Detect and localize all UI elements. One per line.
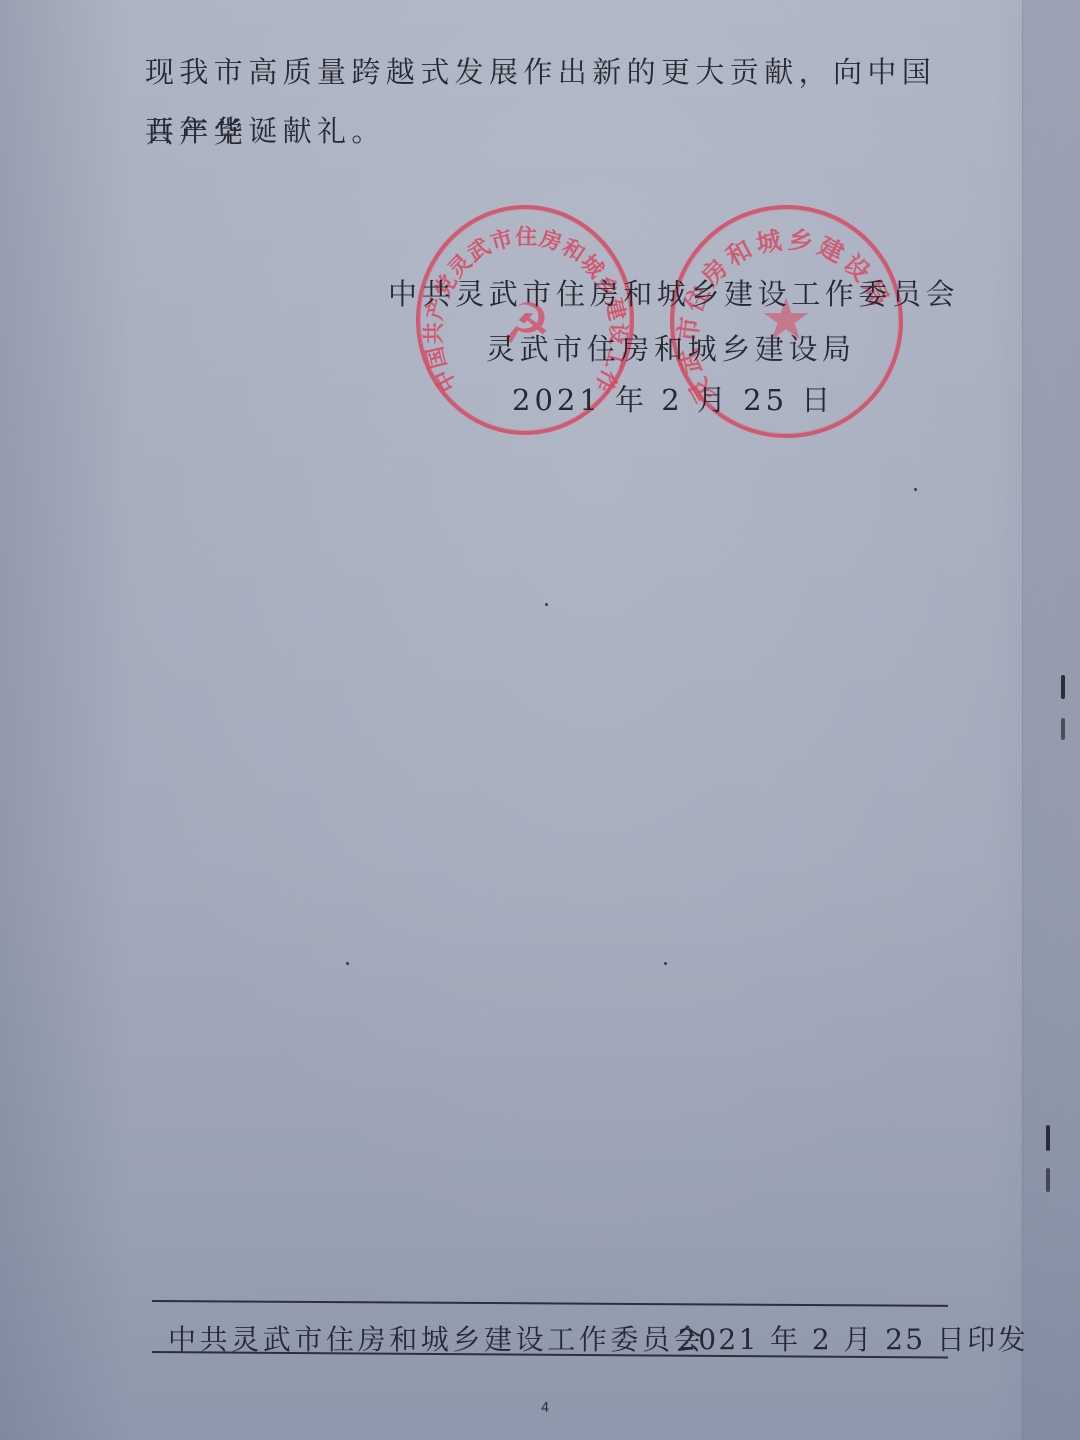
- signature-org-bureau: 灵武市住房和城乡建设局: [486, 327, 856, 368]
- signature-date: 2021 年 2 月 25 日: [512, 378, 834, 419]
- signature-org-committee: 中共灵武市住房和城乡建设工作委员会: [388, 272, 959, 313]
- paper-speck: [914, 488, 917, 491]
- paper-speck: [545, 603, 548, 606]
- staple-mark: [1061, 675, 1065, 699]
- page-number: 4: [541, 1401, 549, 1416]
- paper-speck: [664, 962, 667, 965]
- footer-rule-top: [152, 1300, 948, 1307]
- staple-mark: [1046, 1168, 1050, 1192]
- footer-issue-date: 2021 年 2 月 25 日印发: [678, 1318, 1028, 1358]
- page-edge-shadow: [1022, 0, 1080, 1440]
- staple-mark: [1061, 718, 1065, 740]
- body-text-line-2: 百年华诞献礼。: [145, 101, 945, 161]
- staple-mark: [1046, 1125, 1050, 1151]
- paper-speck: [346, 962, 349, 965]
